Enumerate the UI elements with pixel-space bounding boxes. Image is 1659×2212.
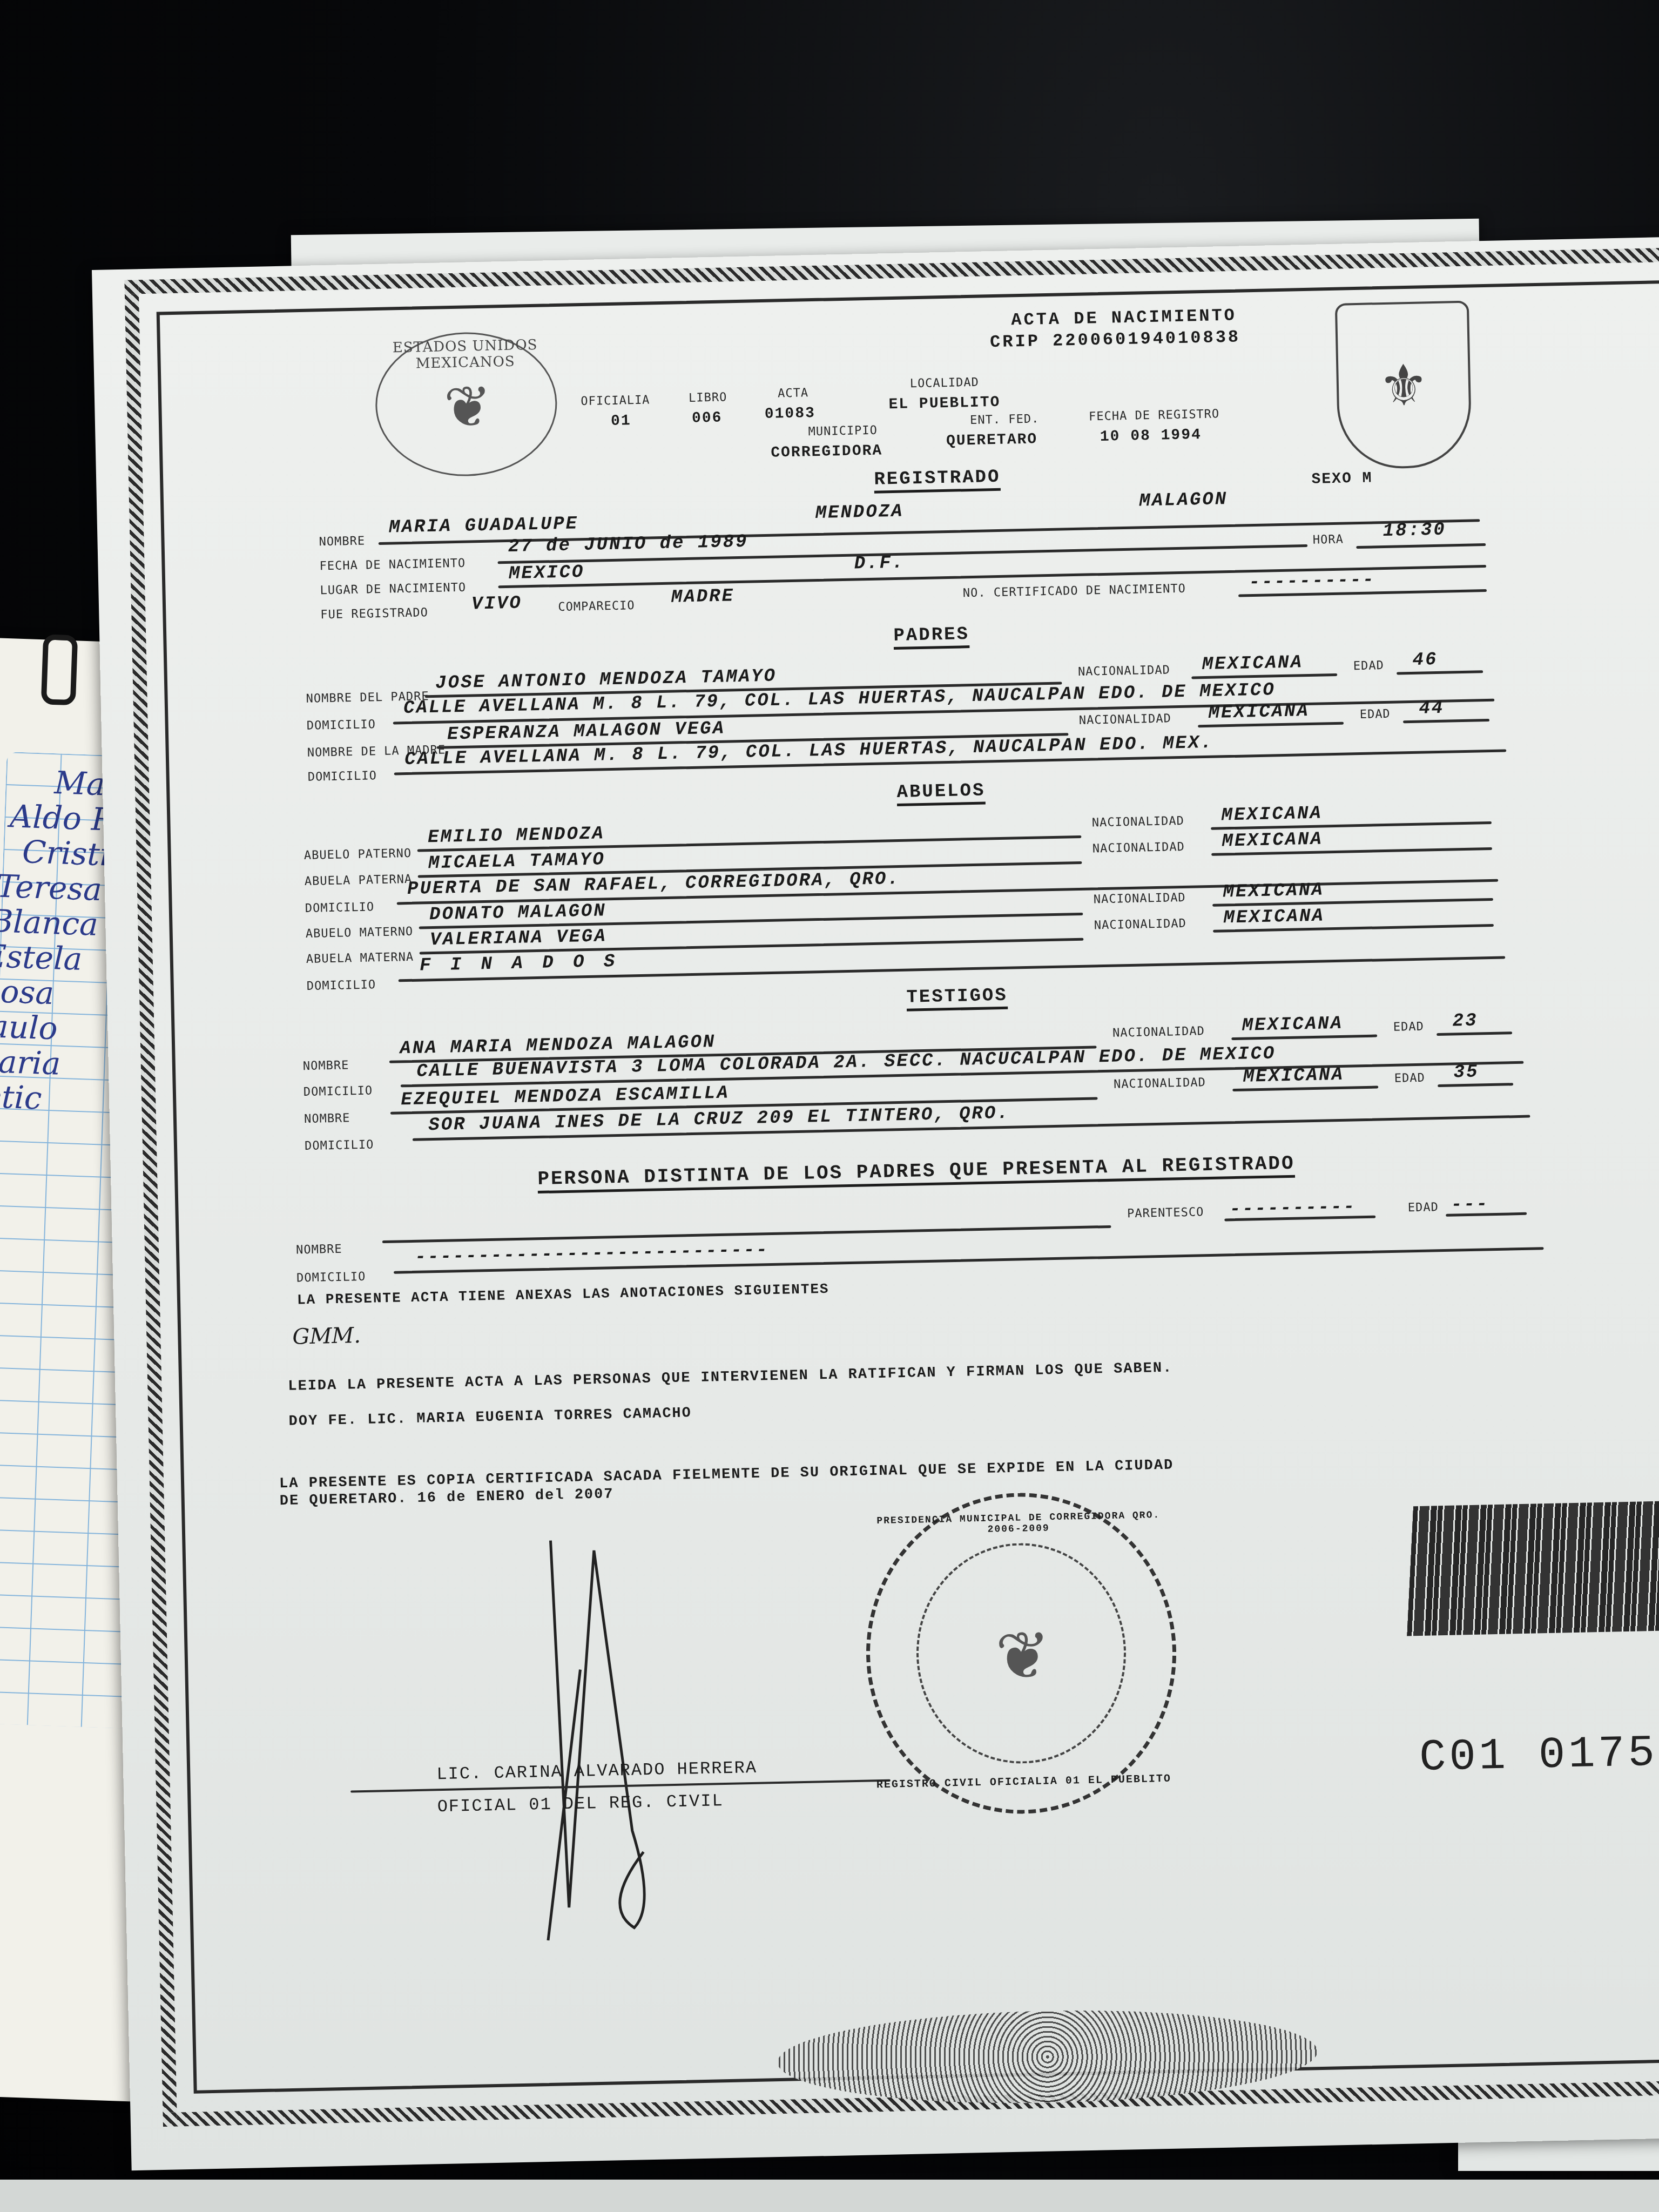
domicilio-label: DOMICILIO <box>305 900 375 915</box>
abuela-materna-nacionalidad: MEXICANA <box>1223 906 1325 928</box>
testigo-1-nacionalidad: MEXICANA <box>1242 1014 1343 1036</box>
abuela-materna-label: ABUELA MATERNA <box>306 950 414 966</box>
domicilio-label: DOMICILIO <box>307 978 376 993</box>
lugar-estado-value: D.F. <box>854 553 905 575</box>
handwritten-line: Rosa <box>0 972 55 1011</box>
handwritten-line: Cristi <box>22 833 111 873</box>
initials: GMM. <box>292 1323 361 1350</box>
nombre-label: NOMBRE <box>303 1058 349 1073</box>
eagle-icon: ❦ <box>996 1603 1047 1704</box>
apellido-paterno-value: MENDOZA <box>815 502 904 524</box>
testigo-1-edad: 23 <box>1452 1011 1478 1032</box>
municipio-label: MUNICIPIO <box>808 424 878 439</box>
domicilio-label: DOMICILIO <box>307 718 376 733</box>
barcode <box>1407 1500 1659 1636</box>
sexo-value: SEXO M <box>1311 470 1372 488</box>
edad-label: EDAD <box>1394 1071 1425 1085</box>
fue-registrado-label: FUE REGISTRADO <box>320 606 428 622</box>
handwritten-line: Teresa <box>0 867 103 908</box>
acta-label: ACTA <box>778 386 808 400</box>
hora-value: 18:30 <box>1382 520 1446 542</box>
handwritten-signature <box>529 1527 710 1952</box>
ent-fed-label: ENT. FED. <box>970 412 1040 427</box>
abuela-paterna-label: ABUELA PATERNA <box>305 873 413 888</box>
birth-certificate: ESTADOS UNIDOS MEXICANOS ❦ ⚜ ACTA DE NAC… <box>92 237 1659 2170</box>
nombre-value: MARIA GUADALUPE <box>389 514 579 538</box>
acta-value: 01083 <box>765 405 816 423</box>
abuelo-materno-nacionalidad: MEXICANA <box>1223 880 1324 902</box>
edad-label: EDAD <box>1408 1201 1439 1215</box>
nombre-label: NOMBRE <box>304 1111 350 1126</box>
fue-registrado-value: VIVO <box>471 593 522 615</box>
ent-fed-value: QUERETARO <box>946 431 1038 450</box>
oficialia-label: OFICIALIA <box>581 393 650 408</box>
spiral-ring <box>41 634 78 705</box>
nacionalidad-label: NACIONALIDAD <box>1112 1024 1205 1040</box>
parentesco-label: PARENTESCO <box>1127 1205 1204 1220</box>
nacionalidad-label: NACIONALIDAD <box>1078 663 1170 679</box>
nombre-label: NOMBRE <box>296 1243 342 1257</box>
section-padres: PADRES <box>893 624 969 646</box>
libro-value: 006 <box>692 410 723 427</box>
section-testigos: TESTIGOS <box>906 986 1008 1008</box>
edad-label: EDAD <box>1359 707 1390 721</box>
nacionalidad-label: NACIONALIDAD <box>1092 814 1184 830</box>
hora-label: HORA <box>1313 533 1344 547</box>
testigo-2-edad: 35 <box>1453 1062 1479 1083</box>
abuela-paterna-nacionalidad: MEXICANA <box>1222 829 1323 852</box>
abuelo-materno-label: ABUELO MATERNO <box>306 925 414 941</box>
domicilio-label: DOMICILIO <box>305 1138 374 1153</box>
madre-edad: 44 <box>1419 698 1445 719</box>
padre-edad: 46 <box>1412 650 1438 671</box>
abuelo-materno-value: DONATO MALAGON <box>429 901 606 925</box>
domicilio-label: DOMICILIO <box>307 769 377 784</box>
abuela-materna-value: VALERIANA VEGA <box>430 926 607 950</box>
section-registrado: REGISTRADO <box>874 467 1001 490</box>
oficialia-value: 01 <box>611 413 631 430</box>
madre-nacionalidad: MEXICANA <box>1208 701 1310 724</box>
abuela-paterna-value: MICAELA TAMAYO <box>428 849 605 874</box>
certificado-value: ---------- <box>1249 570 1375 593</box>
nacionalidad-label: NACIONALIDAD <box>1094 891 1186 907</box>
abuelo-paterno-value: EMILIO MENDOZA <box>428 824 605 848</box>
domicilio-label: DOMICILIO <box>304 1084 373 1099</box>
crest-icon: ⚜ <box>1383 345 1424 425</box>
folio-number: C01 01758 <box>1419 1728 1659 1783</box>
fecha-registro-value: 10 08 1994 <box>1100 427 1202 446</box>
handwritten-line: Aldo R <box>9 798 116 838</box>
comparecio-label: COMPARECIO <box>558 599 635 614</box>
edad-value: --- <box>1451 1194 1489 1215</box>
localidad-value: EL PUEBLITO <box>888 394 1000 413</box>
domicilio-label: DOMICILIO <box>296 1270 366 1285</box>
apellido-materno-value: MALAGON <box>1139 489 1228 511</box>
testigo-2-nacionalidad: MEXICANA <box>1243 1065 1344 1088</box>
edad-label: EDAD <box>1353 659 1384 673</box>
municipio-value: CORREGIDORA <box>771 442 882 461</box>
handwritten-line: Maria <box>0 1042 62 1082</box>
eagle-icon: ❦ <box>444 360 489 448</box>
edad-label: EDAD <box>1393 1020 1424 1034</box>
handwritten-line: Letic <box>0 1077 43 1117</box>
state-crest: ⚜ <box>1335 301 1472 470</box>
fecha-registro-label: FECHA DE REGISTRO <box>1089 407 1220 423</box>
comparecio-value: MADRE <box>671 586 735 608</box>
nacionalidad-label: NACIONALIDAD <box>1114 1076 1206 1091</box>
nacionalidad-label: NACIONALIDAD <box>1079 712 1171 727</box>
abuelo-paterno-label: ABUELO PATERNO <box>304 847 412 862</box>
nacionalidad-label: NACIONALIDAD <box>1094 917 1186 933</box>
nombre-label: NOMBRE <box>319 535 365 549</box>
nacionalidad-label: NACIONALIDAD <box>1092 840 1185 856</box>
padre-nacionalidad: MEXICANA <box>1202 652 1303 675</box>
lugar-nacimiento-value: MEXICO <box>509 562 585 584</box>
domicilio-maternos: F I N A D O S <box>420 952 619 976</box>
abuelo-paterno-nacionalidad: MEXICANA <box>1221 804 1323 826</box>
lower-sheet-edge <box>0 2180 1659 2212</box>
emblem-text: ESTADOS UNIDOS MEXICANOS <box>376 336 555 373</box>
handwritten-line: Estela <box>0 938 83 977</box>
handwritten-line: Paulo <box>0 1007 58 1047</box>
stamp-emblem: ❦ <box>914 1541 1128 1766</box>
section-abuelos: ABUELOS <box>896 781 986 803</box>
localidad-label: LOCALIDAD <box>909 376 979 391</box>
libro-label: LIBRO <box>689 390 727 404</box>
